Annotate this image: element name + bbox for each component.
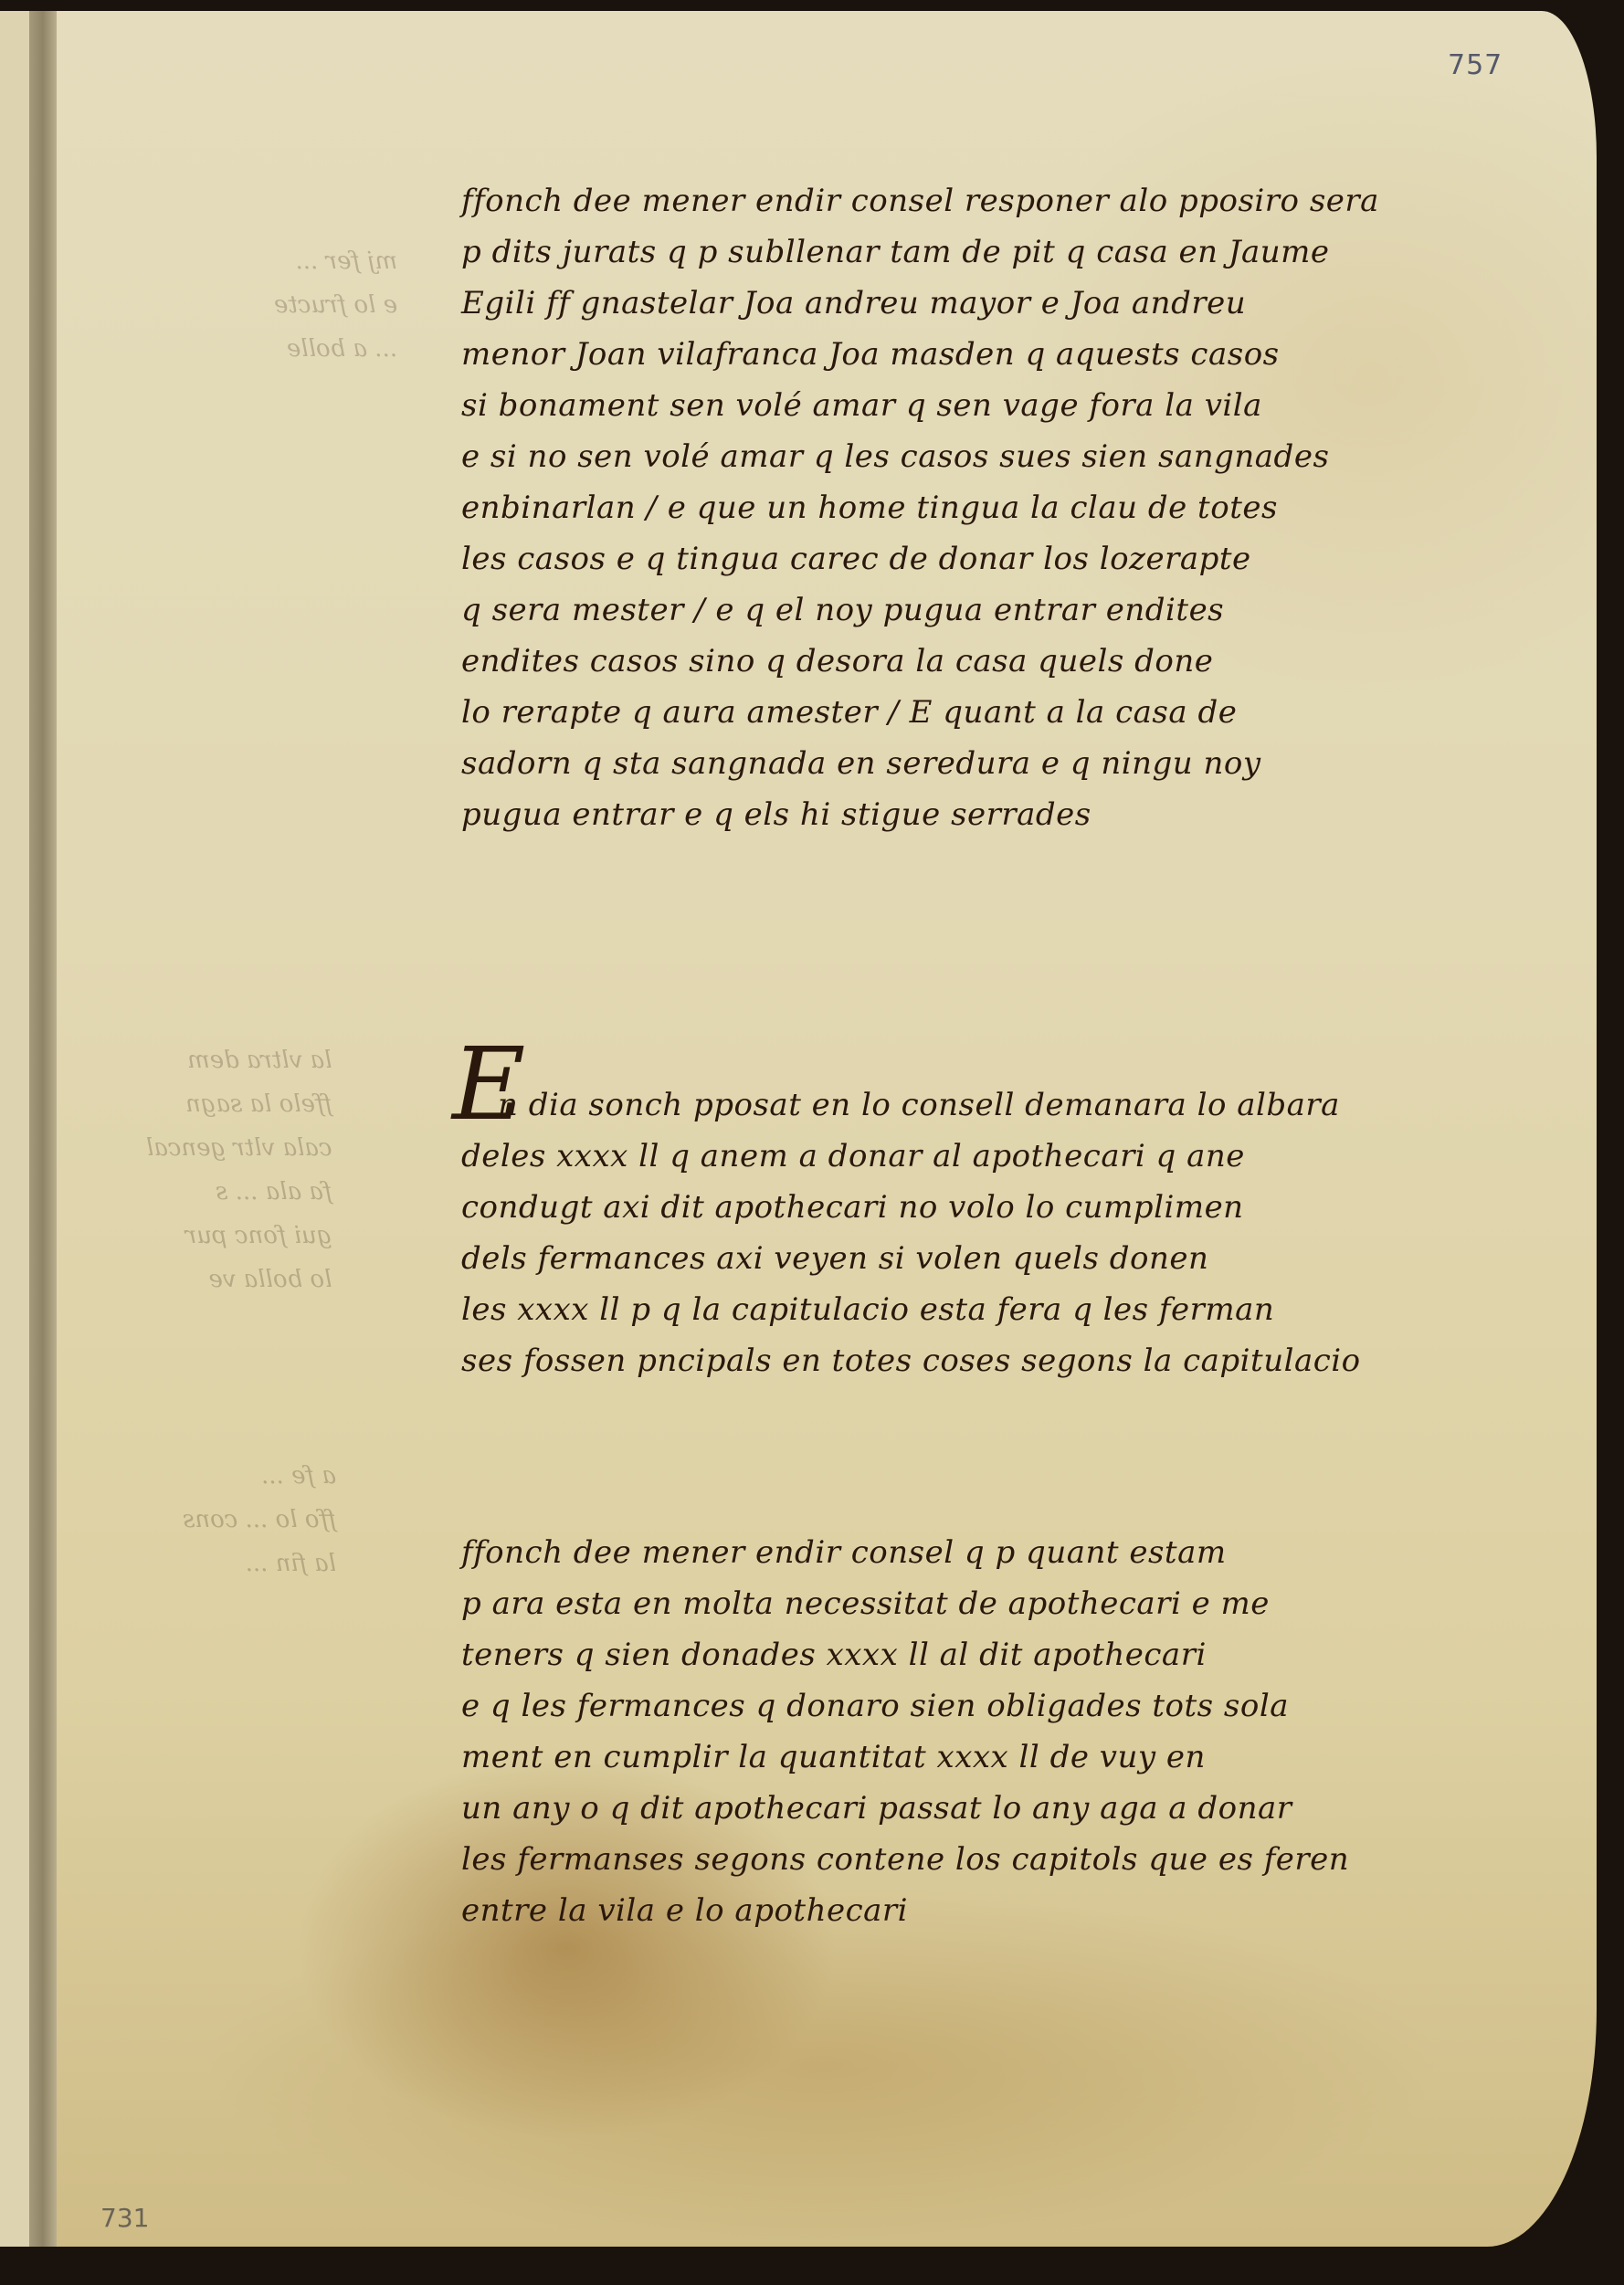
text-line: un any o q dit apothecari passat lo any … bbox=[461, 1783, 1557, 1834]
text-line: dels fermances axi veyen si volen quels … bbox=[461, 1233, 1557, 1284]
paragraph-1: ffonch dee mener endir consel responer a… bbox=[461, 175, 1557, 840]
facing-page-edge bbox=[0, 11, 29, 2247]
ghost-line: mj fer ... bbox=[274, 239, 397, 283]
text-line: e si no sen volé amar q les casos sues s… bbox=[461, 431, 1557, 482]
ghost-line: ffelo la sagn bbox=[146, 1082, 332, 1126]
text-line: menor Joan vilafranca Joa masden q aques… bbox=[461, 329, 1557, 380]
text-line: les casos e q tingua carec de donar los … bbox=[461, 533, 1557, 584]
bleedthrough-upper: mj fer ... e lo fructe ... a bolle bbox=[274, 239, 397, 371]
ghost-line: e lo fructe bbox=[274, 283, 397, 327]
folio-number-bottom: 731 bbox=[100, 2203, 149, 2233]
text-line: n dia sonch pposat en lo consell demanar… bbox=[498, 1079, 1594, 1131]
text-line: q sera mester / e q el noy pugua entrar … bbox=[461, 584, 1557, 636]
text-line: p ara esta en molta necessitat de apothe… bbox=[461, 1578, 1557, 1629]
text-line: deles xxxx ll q anem a donar al apotheca… bbox=[461, 1131, 1557, 1182]
text-line: Egili ff gnastelar Joa andreu mayor e Jo… bbox=[461, 278, 1557, 329]
ghost-line: fa ala ... s bbox=[146, 1170, 332, 1214]
text-line: si bonament sen volé amar q sen vage for… bbox=[461, 380, 1557, 431]
text-line: pugua entrar e q els hi stigue serrades bbox=[461, 789, 1557, 840]
text-line: teners q sien donades xxxx ll al dit apo… bbox=[461, 1629, 1557, 1680]
text-line: endites casos sino q desora la casa quel… bbox=[461, 636, 1557, 687]
text-line: e q les fermances q donaro sien obligade… bbox=[461, 1680, 1557, 1732]
text-line: lo rerapte q aura amester / E quant a la… bbox=[461, 687, 1557, 738]
ghost-line: la fin ... bbox=[183, 1542, 336, 1585]
text-line: les xxxx ll p q la capitulacio esta fera… bbox=[461, 1284, 1557, 1335]
ghost-line: cala vltr gencal bbox=[146, 1126, 332, 1170]
text-line: ment en cumplir la quantitat xxxx ll de … bbox=[461, 1732, 1557, 1783]
ghost-line: lo bolla ve bbox=[146, 1258, 332, 1301]
bleedthrough-lower: a fe ... ffo lo ... cons la fin ... bbox=[183, 1454, 336, 1585]
ghost-line: gui fonc pur bbox=[146, 1214, 332, 1258]
text-line: enbinarlan / e que un home tingua la cla… bbox=[461, 482, 1557, 533]
text-line: ffonch dee mener endir consel q p quant … bbox=[461, 1527, 1557, 1578]
ghost-line: ffo lo ... cons bbox=[183, 1498, 336, 1542]
text-line: p dits jurats q p subllenar tam de pit q… bbox=[461, 226, 1557, 278]
paragraph-2: n dia sonch pposat en lo consell demanar… bbox=[498, 1079, 1594, 1131]
bleedthrough-middle: la vltra dem ffelo la sagn cala vltr gen… bbox=[146, 1038, 332, 1301]
text-line: ses fossen pncipals en totes coses segon… bbox=[461, 1335, 1557, 1386]
binding-gutter bbox=[29, 11, 57, 2247]
text-line: les fermanses segons contene los capitol… bbox=[461, 1834, 1557, 1885]
paragraph-2-cont: deles xxxx ll q anem a donar al apotheca… bbox=[461, 1131, 1557, 1386]
ghost-line: a fe ... bbox=[183, 1454, 336, 1498]
text-line: sadorn q sta sangnada en seredura e q ni… bbox=[461, 738, 1557, 789]
ghost-line: ... a bolle bbox=[274, 327, 397, 371]
text-line: entre la vila e lo apothecari bbox=[461, 1885, 1557, 1936]
ghost-line: la vltra dem bbox=[146, 1038, 332, 1082]
text-line: ffonch dee mener endir consel responer a… bbox=[461, 175, 1557, 226]
folio-number-top: 757 bbox=[1448, 49, 1503, 81]
text-line: condugt axi dit apothecari no volo lo cu… bbox=[461, 1182, 1557, 1233]
manuscript-page: 757 731 mj fer ... e lo fructe ... a bol… bbox=[0, 11, 1597, 2247]
paragraph-3: ffonch dee mener endir consel q p quant … bbox=[461, 1527, 1557, 1936]
